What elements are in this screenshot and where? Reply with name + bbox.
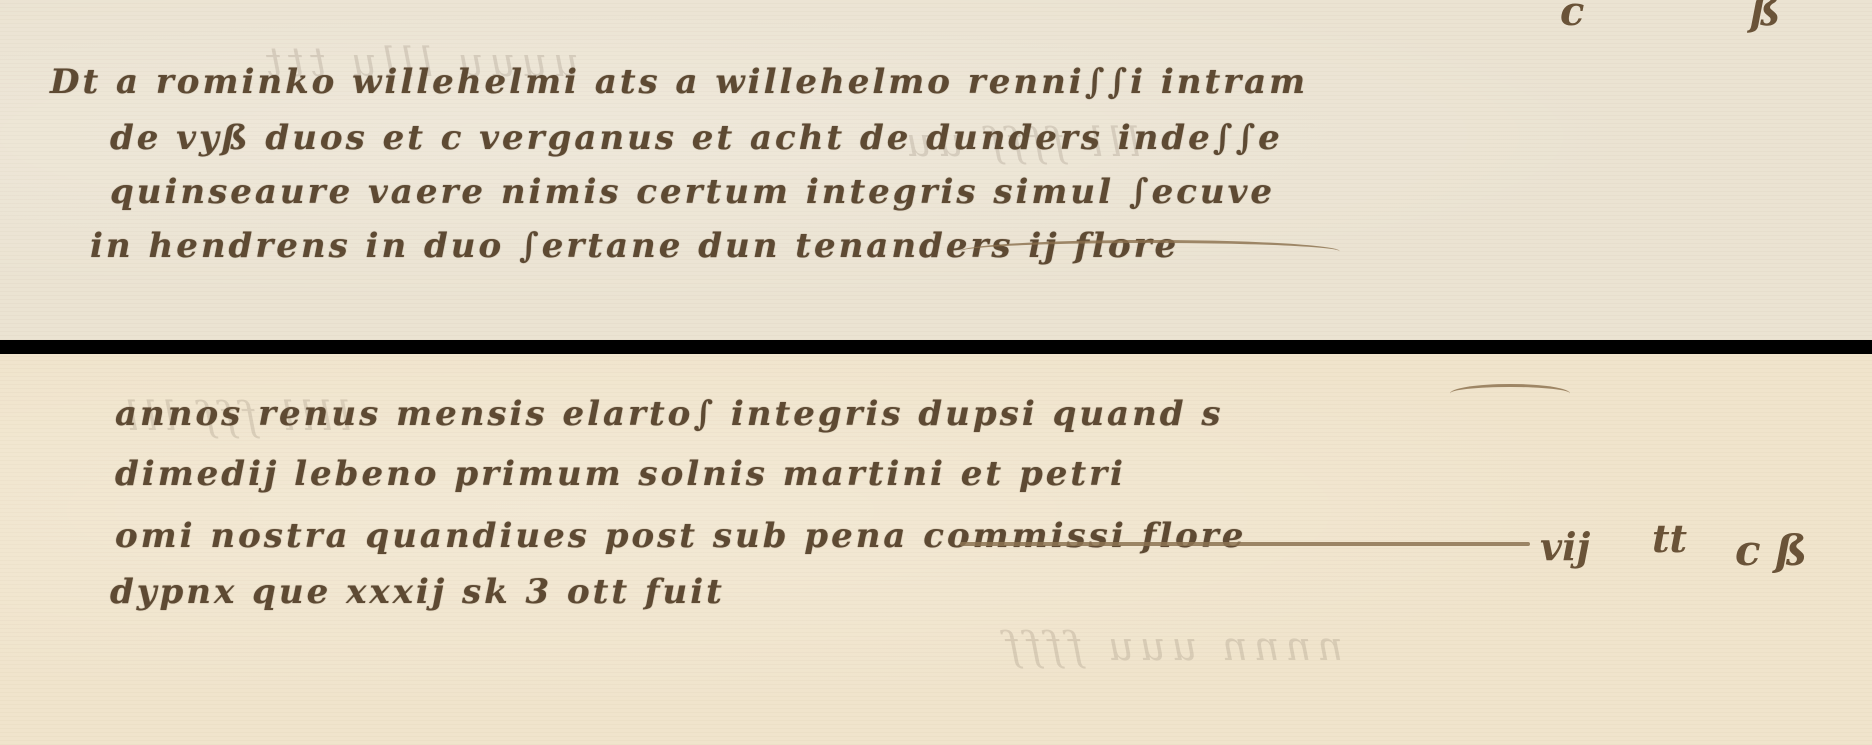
text-line: omi nostra quandiues post sub pena commi…: [115, 516, 1246, 556]
text-line: dypnx que xxxij sk 3 ott fuit: [110, 572, 725, 612]
text-line: annos renus mensis elarto∫ integris dups…: [115, 394, 1224, 434]
text-line: dimedij lebeno primum solnis martini et …: [115, 454, 1126, 494]
line-end-flourish: [1450, 384, 1570, 403]
bleed-through-text: nnnn uuu ffff: [1000, 624, 1343, 670]
fragment-separator: [0, 340, 1872, 354]
manuscript-fragment-bottom: llll fff lll nnnn uuu ffff annos renus m…: [0, 354, 1872, 745]
text-line: quinseaure vaere nimis certum integris s…: [110, 172, 1275, 212]
margin-amount-numeral: vij: [1540, 524, 1590, 569]
margin-mark-s: ß: [1750, 0, 1780, 35]
margin-mark-c: c: [1560, 0, 1584, 35]
abbreviation-stroke: [960, 240, 1340, 263]
margin-amount-suffix: c ß: [1735, 526, 1807, 575]
manuscript-fragment-top: uuuu lllu ttt lll ffff uu c ß Dt a romin…: [0, 0, 1872, 340]
text-line: de vyß duos et c verganus et acht de dun…: [110, 118, 1283, 158]
filler-rule: [960, 542, 1530, 546]
text-line: Dt a rominko willehelmi ats a willehelmo…: [50, 62, 1308, 102]
margin-amount-unit: tt: [1652, 516, 1687, 561]
